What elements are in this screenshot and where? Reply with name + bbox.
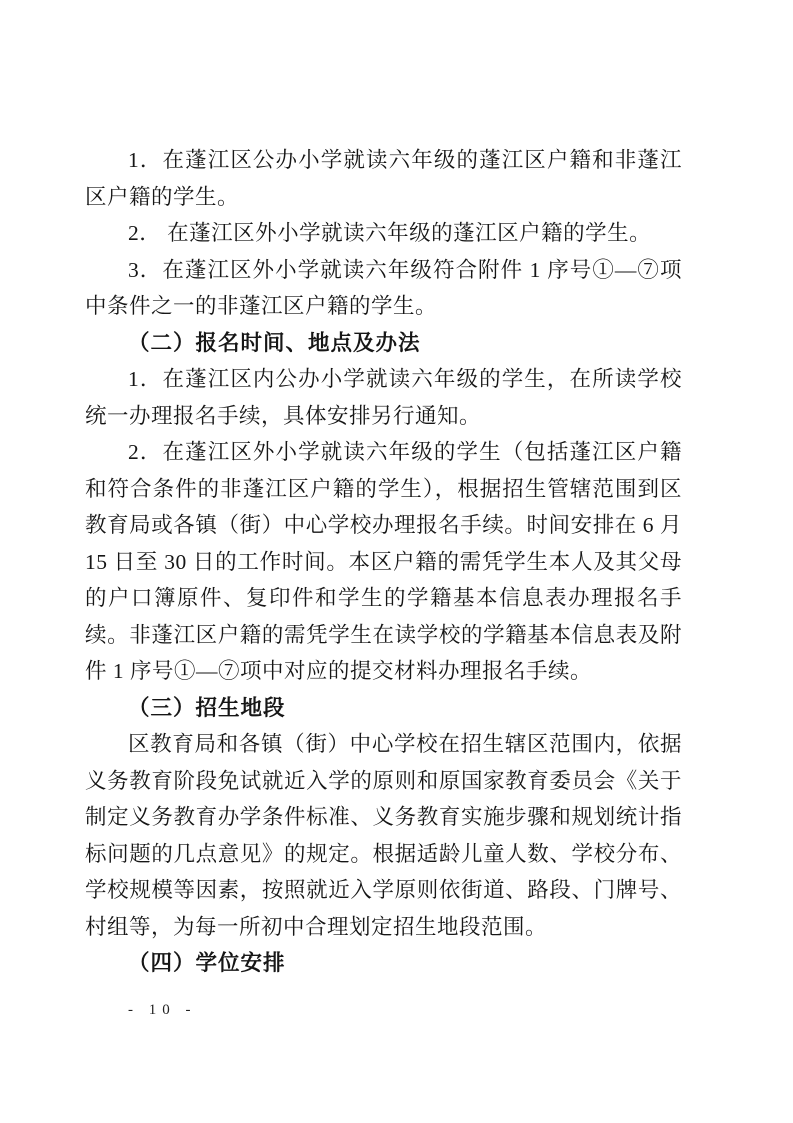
section-heading: （三）招生地段 — [85, 690, 682, 727]
document-page: 1．在蓬江区公办小学就读六年级的蓬江区户籍和非蓬江区户籍的学生。2． 在蓬江区外… — [0, 0, 793, 1123]
body-paragraph: 3．在蓬江区外小学就读六年级符合附件 1 序号①—⑦项中条件之一的非蓬江区户籍的… — [85, 252, 682, 325]
section-heading: （二）报名时间、地点及办法 — [85, 325, 682, 362]
body-paragraph: 2． 在蓬江区外小学就读六年级的蓬江区户籍的学生。 — [85, 215, 682, 252]
document-body: 1．在蓬江区公办小学就读六年级的蓬江区户籍和非蓬江区户籍的学生。2． 在蓬江区外… — [85, 142, 682, 982]
body-paragraph: 1．在蓬江区公办小学就读六年级的蓬江区户籍和非蓬江区户籍的学生。 — [85, 142, 682, 215]
body-paragraph: 1．在蓬江区内公办小学就读六年级的学生，在所读学校统一办理报名手续，具体安排另行… — [85, 361, 682, 434]
section-heading: （四）学位安排 — [85, 945, 682, 982]
body-paragraph: 区教育局和各镇（街）中心学校在招生辖区范围内，依据义务教育阶段免试就近入学的原则… — [85, 726, 682, 945]
body-paragraph: 2．在蓬江区外小学就读六年级的学生（包括蓬江区户籍和符合条件的非蓬江区户籍的学生… — [85, 434, 682, 690]
page-number: - 10 - — [128, 1000, 197, 1020]
